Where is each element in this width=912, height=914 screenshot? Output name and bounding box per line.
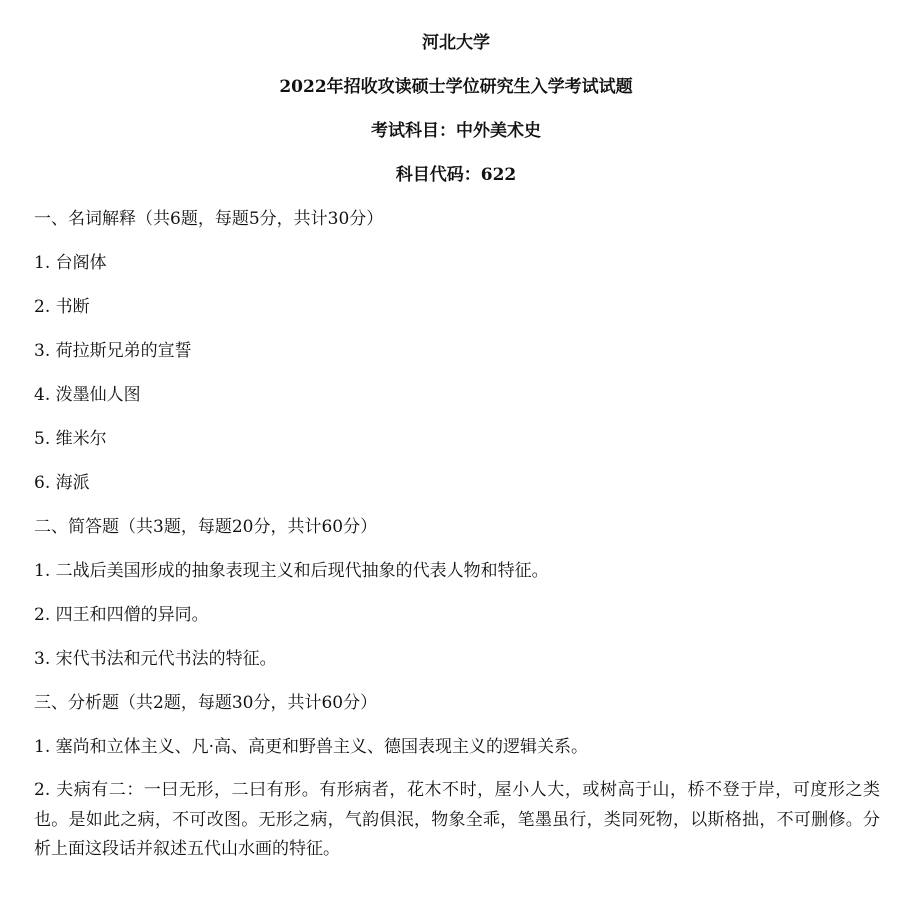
subject-code: 科目代码：622 <box>0 164 912 186</box>
section-1-item-2: 2. 书断 <box>34 296 90 318</box>
exam-subject: 考试科目：中外美术史 <box>0 120 912 142</box>
section-3-item-2: 2. 夫病有二：一曰无形，二曰有形。有形病者，花木不时，屋小人大，或树高于山，桥… <box>34 776 880 865</box>
section-1-item-4: 4. 泼墨仙人图 <box>34 384 141 406</box>
exam-title: 2022年招收攻读硕士学位研究生入学考试试题 <box>0 76 912 98</box>
section-1-heading: 一、名词解释（共6题，每题5分，共计30分） <box>34 208 383 230</box>
section-3-heading: 三、分析题（共2题，每题30分，共计60分） <box>34 692 377 714</box>
section-1-item-6: 6. 海派 <box>34 472 90 494</box>
section-2-heading: 二、简答题（共3题，每题20分，共计60分） <box>34 516 377 538</box>
section-2-item-2: 2. 四王和四僧的异同。 <box>34 604 209 626</box>
section-2-item-1: 1. 二战后美国形成的抽象表现主义和后现代抽象的代表人物和特征。 <box>34 560 549 582</box>
section-1-item-1: 1. 台阁体 <box>34 252 107 274</box>
section-2-item-3: 3. 宋代书法和元代书法的特征。 <box>34 648 277 670</box>
exam-page: 河北大学 2022年招收攻读硕士学位研究生入学考试试题 考试科目：中外美术史 科… <box>0 0 912 914</box>
university-name: 河北大学 <box>0 32 912 54</box>
section-1-item-3: 3. 荷拉斯兄弟的宣誓 <box>34 340 192 362</box>
section-1-item-5: 5. 维米尔 <box>34 428 107 450</box>
section-3-item-1: 1. 塞尚和立体主义、凡·高、高更和野兽主义、德国表现主义的逻辑关系。 <box>34 736 588 758</box>
